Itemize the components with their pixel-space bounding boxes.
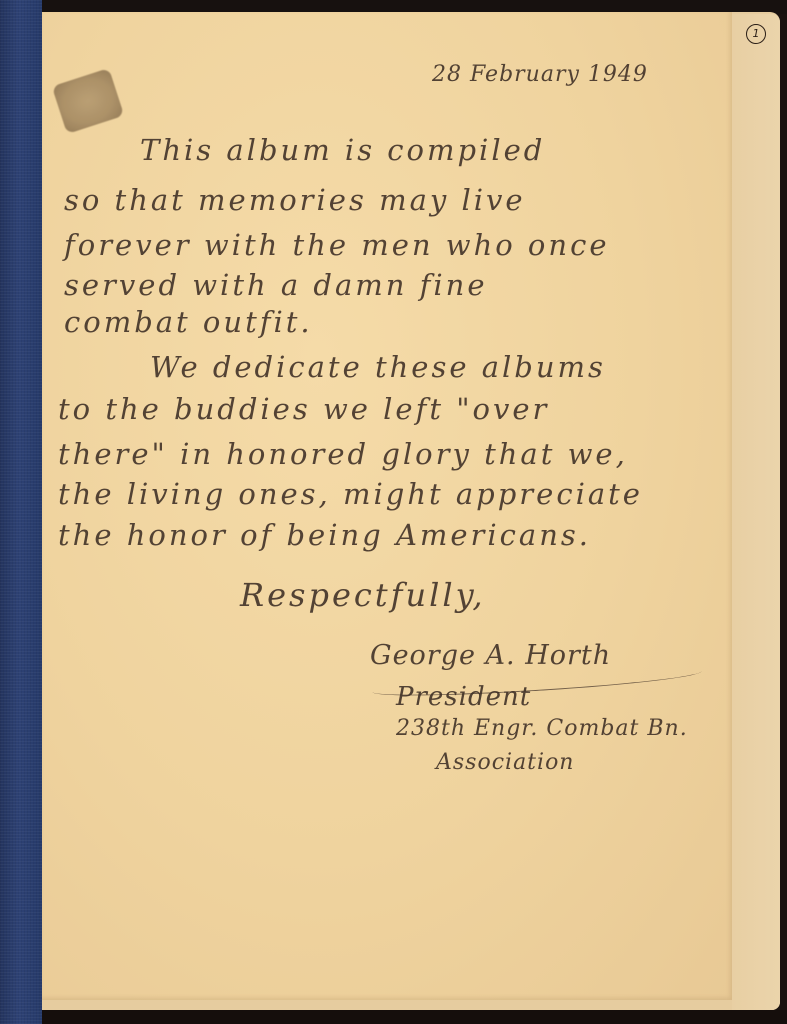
body-line: This album is compiled [140, 133, 545, 167]
letter-date: 28 February 1949 [432, 62, 648, 87]
body-line: We dedicate these albums [150, 350, 606, 384]
page-right-edge [732, 14, 780, 1010]
page-number-badge: 1 [746, 24, 766, 44]
letter-closing: Respectfully, [240, 576, 486, 614]
body-line: the living ones, might appreciate [58, 477, 643, 511]
album-binding-spine [0, 0, 42, 1024]
body-line: served with a damn fine [64, 268, 488, 302]
signature-organization: Association [436, 750, 574, 775]
body-line: the honor of being Americans. [58, 518, 591, 552]
body-line: combat outfit. [64, 305, 313, 339]
scan-bottom-edge [42, 1010, 787, 1024]
signature-unit: 238th Engr. Combat Bn. [396, 716, 688, 741]
body-line: to the buddies we left "over [58, 392, 549, 426]
signature-name: George A. Horth [370, 640, 611, 671]
signature-title: President [396, 682, 531, 712]
body-line: so that memories may live [64, 183, 526, 217]
body-line: there" in honored glory that we, [58, 437, 628, 471]
body-line: forever with the men who once [64, 228, 609, 262]
